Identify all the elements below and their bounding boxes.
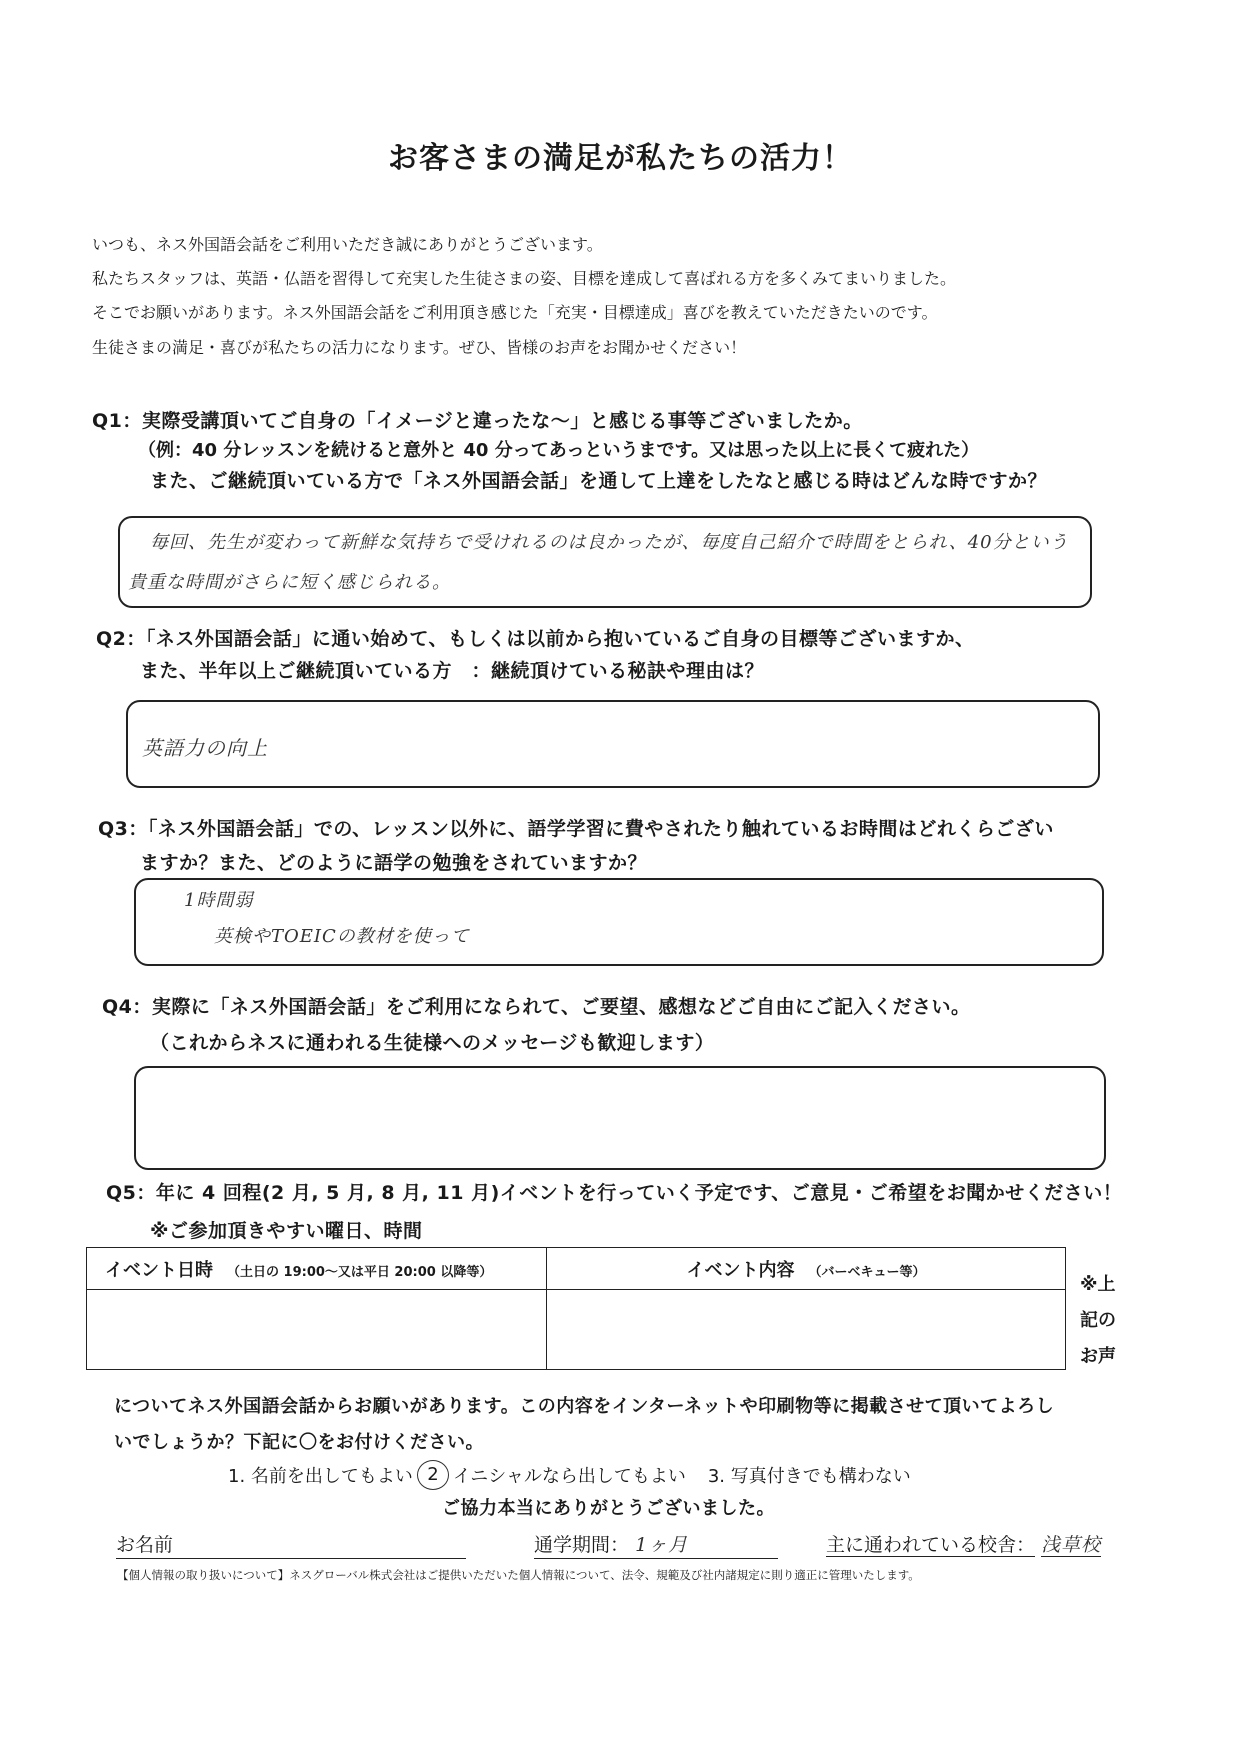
event-table: イベント日時（土日の 19:00～又は平日 20:00 以降等） イベント内容（… [86,1247,1066,1370]
q3-answer-box[interactable]: 1時間弱 英検やTOEICの教材を使って [134,878,1104,966]
side-note-2: 記の [1080,1306,1116,1332]
q3-answer-line-2: 英検やTOEICの教材を使って [214,922,470,948]
q1-question: Q1：実際受講頂いてご自身の「イメージと違ったな～」と感じる事等ございましたか。 [92,406,863,433]
q1-answer-line-1: 毎回、先生が変わって新鮮な気持ちで受けれるのは良かったが、毎度自己紹介で時間をと… [150,528,1069,554]
school-value: 浅草校 [1041,1534,1101,1557]
q2-question: Q2：「ネス外国語会話」に通い始めて、もしくは以前から抱いているご自身の目標等ご… [96,624,975,651]
thanks-text: ご協力本当にありがとうございました。 [442,1494,775,1520]
option-2-selected-circle[interactable]: 2 [417,1460,449,1490]
q1-example: （例：40 分レッスンを続けると意外と 40 分ってあっというまです。又は思った… [138,436,979,462]
period-field[interactable]: 通学期間： 1ヶ月 [534,1530,778,1559]
consent-line-2: いでしょうか？下記に〇をお付けください。 [114,1428,484,1454]
q1-answer-box[interactable]: 毎回、先生が変わって新鮮な気持ちで受けれるのは良かったが、毎度自己紹介で時間をと… [118,516,1092,608]
q4-followup: （これからネスに通われる生徒様へのメッセージも歓迎します） [150,1028,714,1055]
event-datetime-input[interactable] [87,1290,547,1370]
q2-answer-line-1: 英語力の向上 [142,732,268,761]
school-label: 主に通われている校舎： [826,1534,1035,1557]
option-2-label[interactable]: イニシャルなら出してもよい [453,1462,686,1488]
side-note-3: お声 [1080,1342,1116,1368]
consent-line-1: についてネス外国語会話からお願いがあります。この内容をインターネットや印刷物等に… [114,1392,1054,1418]
period-label: 通学期間： [534,1534,629,1556]
option-1[interactable]: 1. 名前を出してもよい [228,1462,413,1488]
event-datetime-header: イベント日時（土日の 19:00～又は平日 20:00 以降等） [87,1248,547,1290]
q2-answer-box[interactable]: 英語力の向上 [126,700,1100,788]
q4-question: Q4：実際に「ネス外国語会話」をご利用になられて、ご要望、感想などご自由にご記入… [102,992,971,1019]
intro-line-4: 生徒さまの満足・喜びが私たちの活力になります。ぜひ、皆様のお声をお聞かせください… [92,335,746,358]
name-field[interactable]: お名前 [116,1530,466,1559]
privacy-note: 【個人情報の取り扱いについて】ネスグローバル株式会社はご提供いただいた個人情報に… [117,1567,920,1583]
page-title: お客さまの満足が私たちの活力！ [0,133,1241,177]
option-3[interactable]: 3. 写真付きでも構わない [708,1462,911,1488]
name-label: お名前 [116,1534,173,1556]
event-content-input[interactable] [547,1290,1066,1370]
q3-question: Q3：「ネス外国語会話」での、レッスン以外に、語学学習に費やされたり触れているお… [98,814,1054,841]
side-note-1: ※上 [1080,1270,1116,1296]
period-value: 1ヶ月 [635,1534,688,1556]
event-content-hint: （バーベキュー等） [809,1265,926,1280]
q3-followup: ますか？また、どのように語学の勉強をされていますか？ [140,848,647,875]
q2-followup: また、半年以上ご継続頂いている方 ：継続頂けている秘訣や理由は？ [140,656,764,683]
event-content-header: イベント内容（バーベキュー等） [547,1248,1066,1290]
q1-answer-line-2: 貴重な時間がさらに短く感じられる。 [128,568,451,594]
intro-line-2: 私たちスタッフは、英語・仏語を習得して充実した生徒さまの姿、目標を達成して喜ばれ… [92,266,956,289]
intro-line-3: そこでお願いがあります。ネス外国語会話をご利用頂き感じた「充実・目標達成」喜びを… [92,300,937,323]
consent-options: 1. 名前を出してもよい 2 イニシャルなら出してもよい 3. 写真付きでも構わ… [228,1460,911,1490]
q5-note: ※ご参加頂きやすい曜日、時間 [150,1216,422,1243]
q1-followup: また、ご継続頂いている方で「ネス外国語会話」を通して上達をしたなと感じる時はどん… [150,466,1047,493]
q3-answer-line-1: 1時間弱 [184,886,253,912]
intro-line-1: いつも、ネス外国語会話をご利用いただき誠にありがとうございます。 [92,232,603,255]
event-datetime-hint: （土日の 19:00～又は平日 20:00 以降等） [227,1265,492,1280]
school-field[interactable]: 主に通われている校舎： 浅草校 [826,1530,1101,1558]
q4-answer-box[interactable] [134,1066,1106,1170]
q5-question: Q5：年に 4 回程(2 月, 5 月, 8 月, 11 月)イベントを行ってい… [106,1178,1122,1205]
